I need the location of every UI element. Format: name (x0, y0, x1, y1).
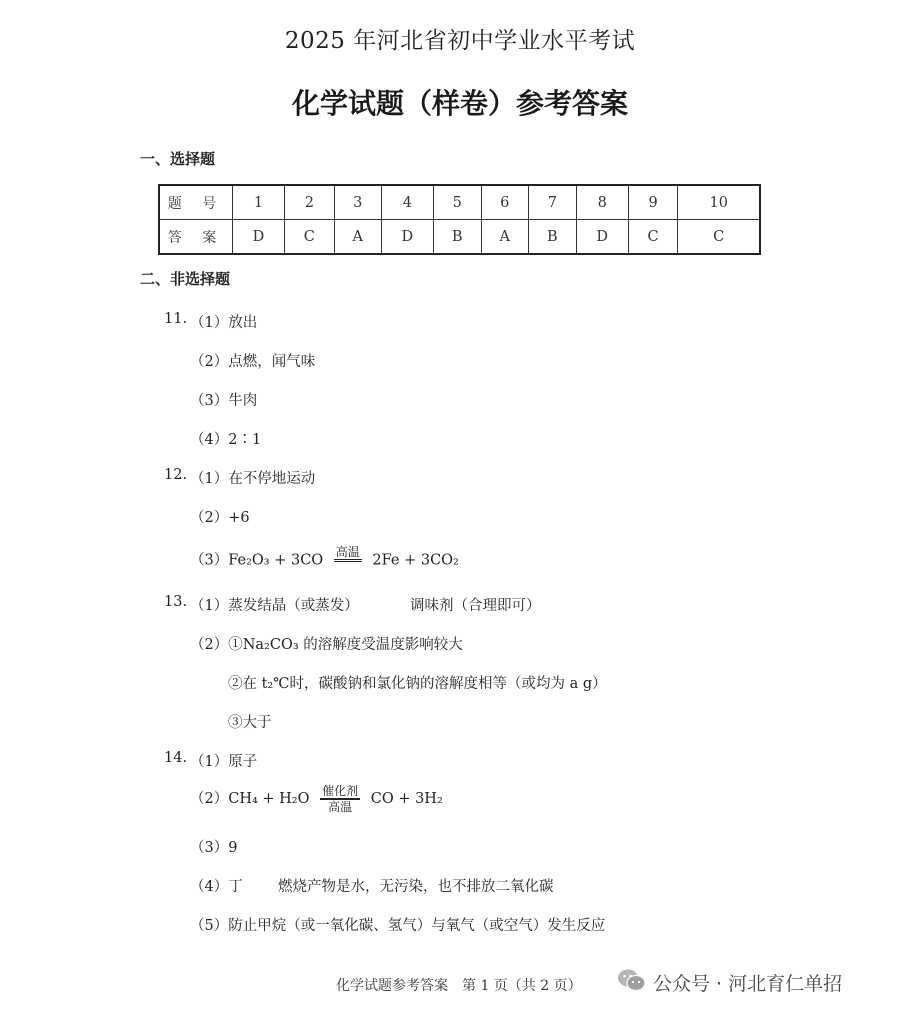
question-number: 10 (678, 185, 760, 220)
answer-14-3: （3）9 (190, 836, 237, 857)
answer-11-3: （3）牛肉 (190, 389, 257, 410)
answer-14-2-equation: （2）CH₄ + H₂O 催化剂 高温 CO + 3H₂ (190, 784, 443, 814)
watermark-text: 公众号 · 河北育仁单招 (653, 969, 842, 996)
reaction-condition: 高温 (334, 545, 362, 576)
question-number-12: 12. (164, 467, 187, 483)
answer-13-2-1: （2）①Na₂CO₃ 的溶解度受温度影响较大 (190, 633, 463, 654)
table-row-numbers: 题 号 1 2 3 4 5 6 7 8 9 10 (159, 185, 760, 220)
question-number: 9 (628, 185, 678, 220)
exam-title: 2025 年河北省初中学业水平考试 (0, 22, 920, 55)
answer-12-1: （1）在不停地运动 (190, 467, 315, 488)
answer-table: 题 号 1 2 3 4 5 6 7 8 9 10 答 案 D C A D B A… (158, 184, 761, 255)
question-number: 5 (433, 185, 481, 220)
watermark: 公众号 · 河北育仁单招 (617, 968, 842, 996)
answer-12-2: （2）+6 (190, 506, 250, 527)
equation-products: CO + 3H₂ (371, 791, 443, 807)
document-title: 化学试题（样卷）参考答案 (0, 82, 920, 122)
answer-cell: C (678, 220, 760, 255)
answer-14-4b: 燃烧产物是水，无污染，也不排放二氧化碳 (278, 875, 554, 896)
equation-reactants: CH₄ + H₂O (228, 791, 309, 807)
question-number: 8 (576, 185, 628, 220)
equation-label: （2） (190, 791, 228, 807)
answer-cell: A (481, 220, 528, 255)
answer-cell: B (528, 220, 576, 255)
question-number: 3 (334, 185, 381, 220)
question-number: 4 (381, 185, 433, 220)
section-multiple-choice-heading: 一、选择题 (140, 148, 215, 169)
row-label: 题 号 (159, 185, 233, 220)
table-row-answers: 答 案 D C A D B A B D C C (159, 220, 760, 255)
answer-11-4: （4）2∶1 (190, 428, 261, 449)
equation-label: （3） (190, 553, 228, 569)
question-number-14: 14. (164, 750, 187, 766)
question-number: 2 (284, 185, 334, 220)
page-footer: 化学试题参考答案 第 1 页（共 2 页） (336, 975, 582, 995)
condition-high-temperature: 高温 (334, 545, 362, 562)
row-label: 答 案 (159, 220, 233, 255)
condition-catalyst: 催化剂 (320, 784, 360, 800)
equation-products: 2Fe + 3CO₂ (372, 553, 458, 569)
answer-13-2-3: ③大于 (228, 711, 272, 732)
answer-cell: D (576, 220, 628, 255)
condition-high-temperature: 高温 (320, 800, 360, 814)
question-number-13: 13. (164, 594, 187, 610)
answer-13-1b: 调味剂（合理即可） (410, 594, 541, 615)
section-non-choice-heading: 二、非选择题 (140, 268, 230, 289)
question-number: 1 (233, 185, 285, 220)
answer-11-1: （1）放出 (190, 311, 257, 332)
question-number: 6 (481, 185, 528, 220)
answer-12-3-equation: （3）Fe₂O₃ + 3CO 高温 2Fe + 3CO₂ (190, 545, 459, 576)
answer-13-1a: （1）蒸发结晶（或蒸发） (190, 594, 359, 615)
answer-14-5: （5）防止甲烷（或一氧化碳、氢气）与氧气（或空气）发生反应 (190, 914, 605, 935)
answer-13-2-2: ②在 t₂℃时，碳酸钠和氯化钠的溶解度相等（或均为 a g） (228, 672, 607, 693)
answer-cell: C (628, 220, 678, 255)
reaction-condition: 催化剂 高温 (320, 784, 360, 814)
question-number-11: 11. (164, 311, 187, 327)
answer-11-2: （2）点燃，闻气味 (190, 350, 315, 371)
answer-cell: D (233, 220, 285, 255)
answer-14-1: （1）原子 (190, 750, 257, 771)
answer-cell: D (381, 220, 433, 255)
answer-cell: C (284, 220, 334, 255)
answer-cell: B (433, 220, 481, 255)
wechat-icon (617, 968, 647, 996)
question-number: 7 (528, 185, 576, 220)
answer-cell: A (334, 220, 381, 255)
equation-reactants: Fe₂O₃ + 3CO (228, 553, 323, 569)
answer-14-4a: （4）丁 (190, 875, 243, 896)
